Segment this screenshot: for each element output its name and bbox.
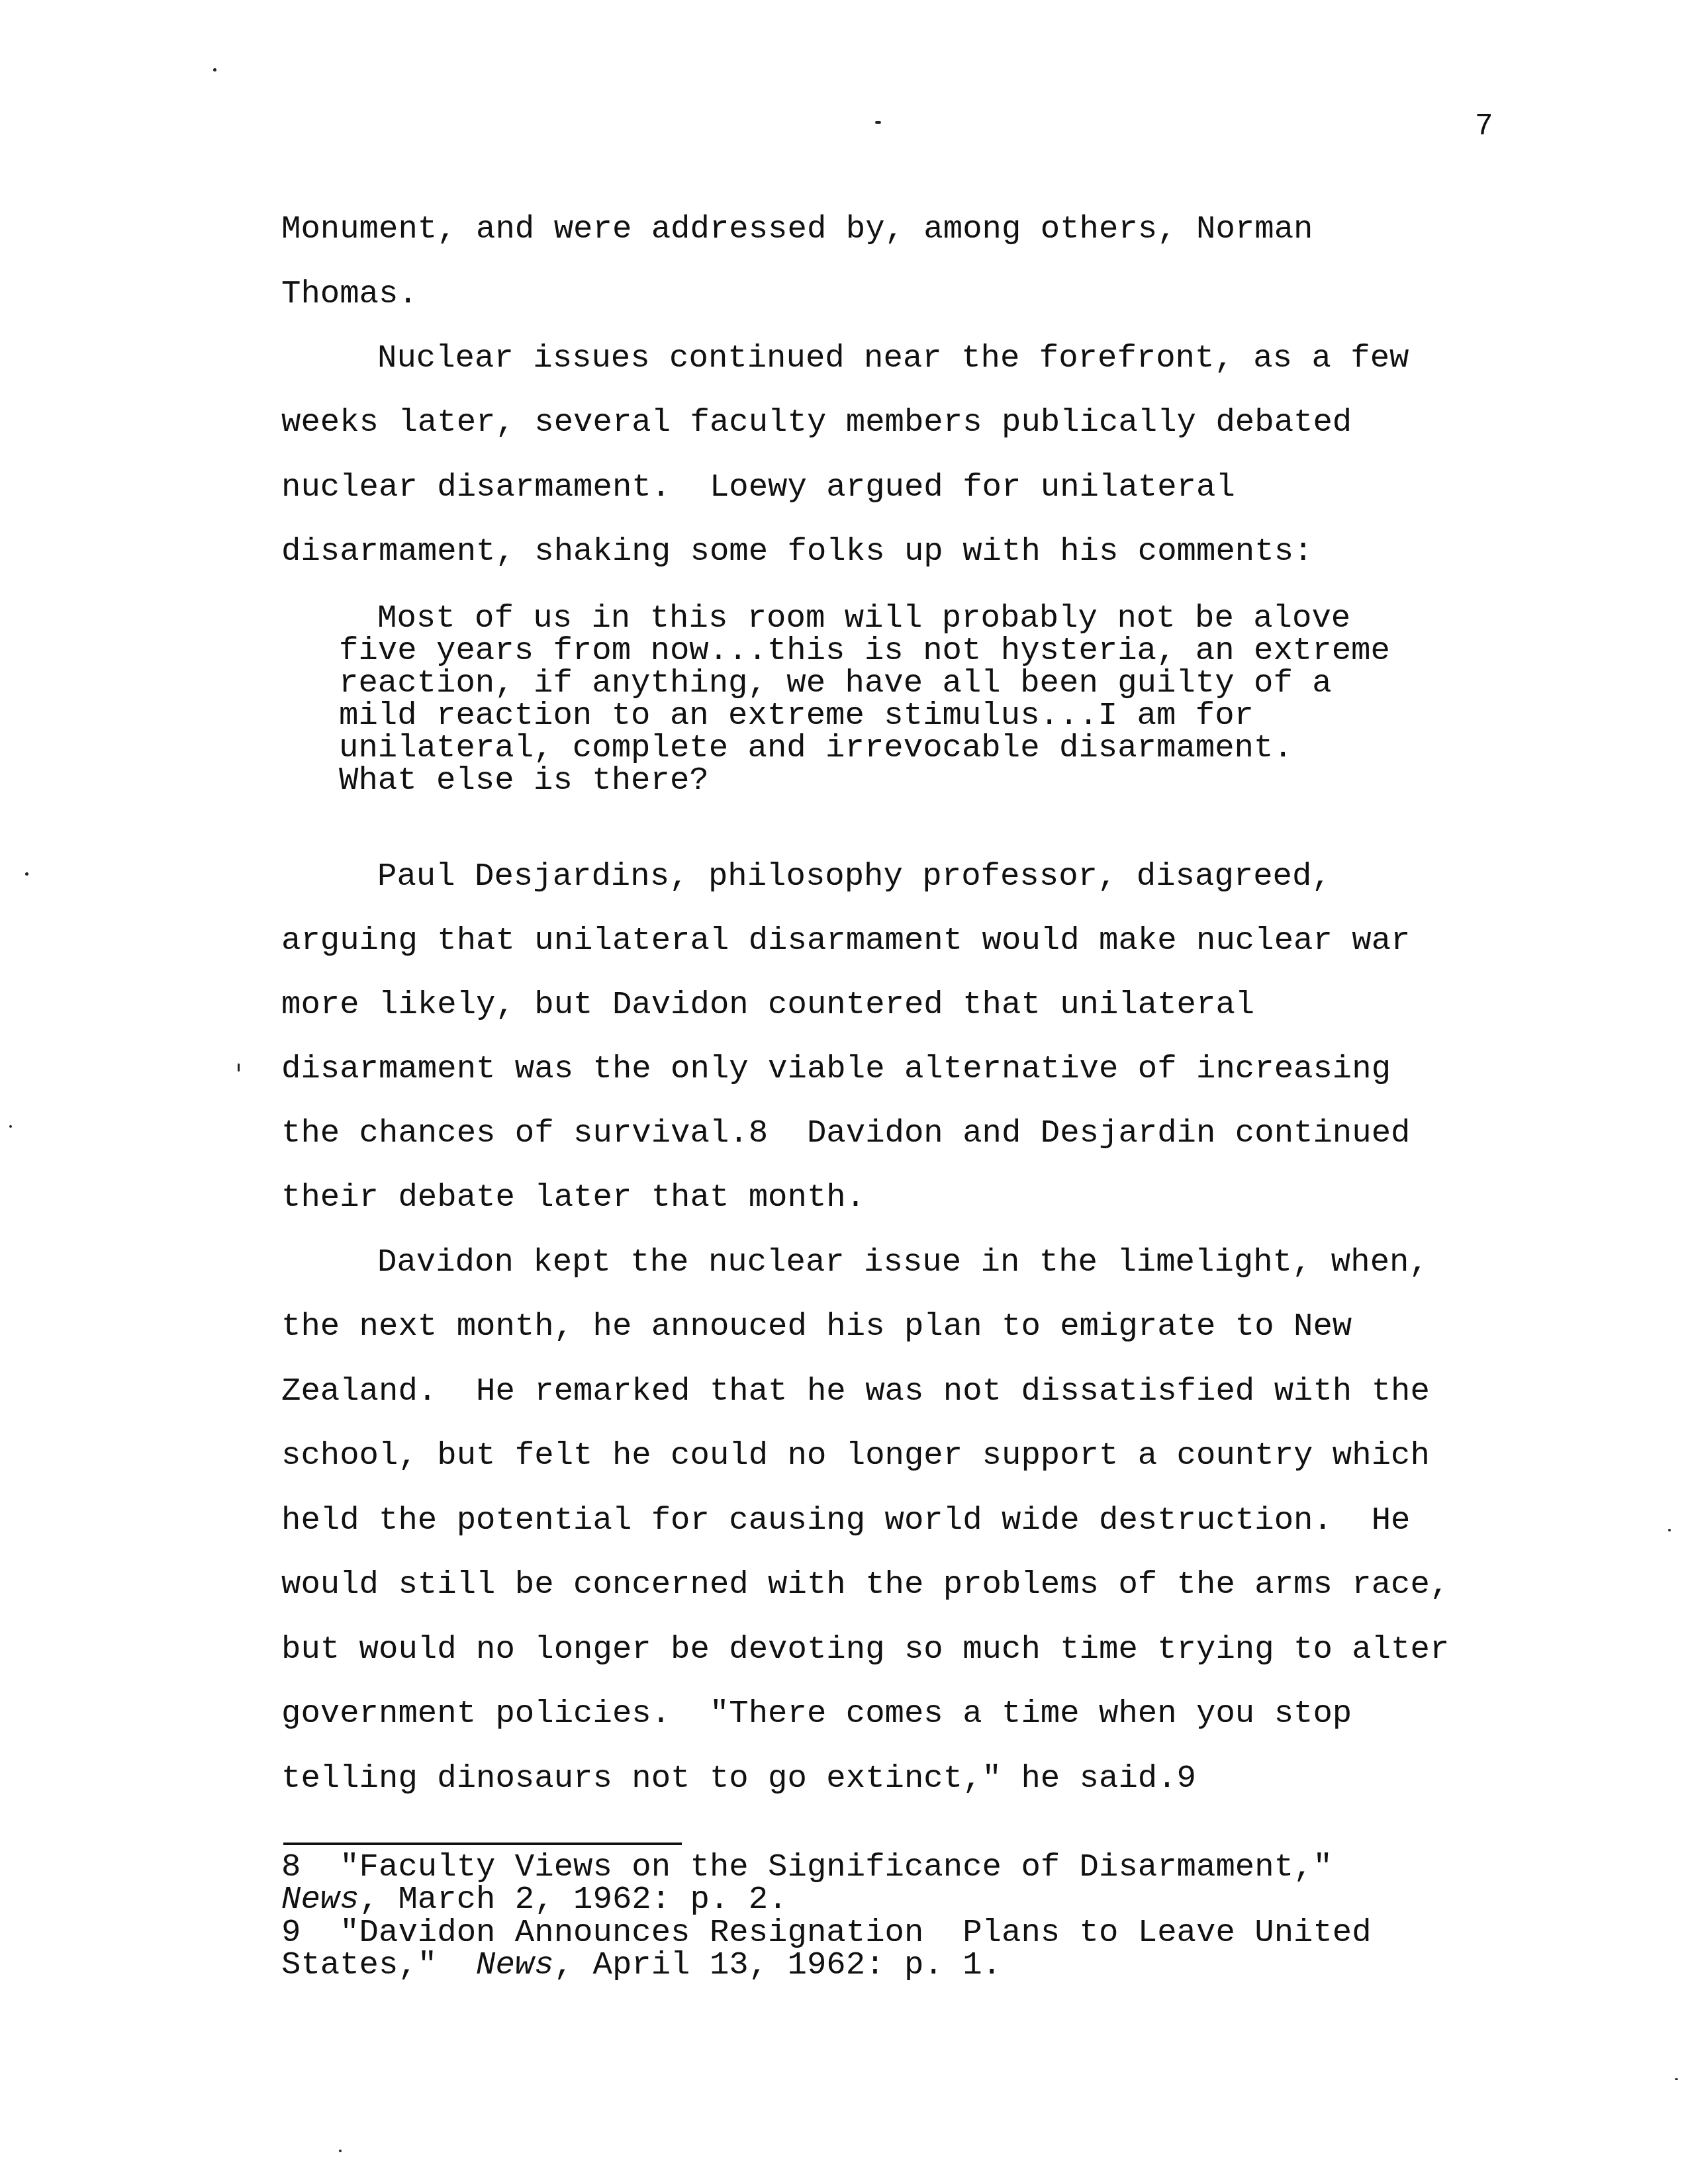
- footnote-citation: , April 13, 1962: p. 1.: [554, 1946, 1002, 1983]
- footnote-source: News: [476, 1946, 554, 1983]
- quote-line: What else is there?: [339, 764, 709, 797]
- body-line: government policies. "There comes a time…: [281, 1698, 1352, 1730]
- scan-speck: [9, 1125, 12, 1128]
- body-line: their debate later that month.: [281, 1181, 865, 1214]
- body-line: disarmament was the only viable alternat…: [281, 1053, 1391, 1085]
- body-line: telling dinosaurs not to go extinct," he…: [281, 1762, 1196, 1795]
- quote-line: unilateral, complete and irrevocable dis…: [339, 732, 1293, 764]
- page-number: 7: [1475, 111, 1493, 142]
- footnote-citation: , March 2, 1962: p. 2.: [359, 1881, 788, 1918]
- scan-speck: [1675, 2078, 1678, 2080]
- body-line: disarmament, shaking some folks up with …: [281, 535, 1313, 568]
- footnote-8-line1: 8 "Faculty Views on the Significance of …: [281, 1851, 1333, 1884]
- footnote-9-line1: 9 "Davidon Announces Resignation Plans t…: [281, 1917, 1372, 1949]
- quote-line: reaction, if anything, we have all been …: [339, 667, 1332, 700]
- footnote-8-line2: News, March 2, 1962: p. 2.: [281, 1884, 788, 1916]
- scan-speck: [25, 872, 28, 876]
- body-line: would still be concerned with the proble…: [281, 1569, 1449, 1601]
- body-line: held the potential for causing world wid…: [281, 1504, 1410, 1537]
- scan-speck: [213, 68, 216, 71]
- body-line: more likely, but Davidon countered that …: [281, 989, 1254, 1021]
- scan-speck: [1668, 1529, 1671, 1531]
- body-line: Zealand. He remarked that he was not dis…: [281, 1375, 1430, 1408]
- body-line: nuclear disarmament. Loewy argued for un…: [281, 471, 1235, 504]
- body-line: Monument, and were addressed by, among o…: [281, 213, 1313, 246]
- body-line: Paul Desjardins, philosophy professor, d…: [377, 860, 1331, 893]
- body-line: the chances of survival.8 Davidon and De…: [281, 1117, 1410, 1150]
- scan-speck: [339, 2150, 342, 2152]
- scan-speck: [875, 121, 881, 124]
- quote-line: mild reaction to an extreme stimulus...I…: [339, 700, 1254, 732]
- body-line: Nuclear issues continued near the forefr…: [377, 342, 1409, 375]
- body-line: school, but felt he could no longer supp…: [281, 1439, 1430, 1472]
- body-line: Davidon kept the nuclear issue in the li…: [377, 1246, 1429, 1279]
- body-line: but would no longer be devoting so much …: [281, 1633, 1449, 1666]
- footnote-divider: [283, 1843, 682, 1845]
- footnote-9-line2: States," News, April 13, 1962: p. 1.: [281, 1949, 1002, 1981]
- body-line: Thomas.: [281, 278, 418, 310]
- body-line: the next month, he annouced his plan to …: [281, 1310, 1352, 1343]
- body-line: weeks later, several faculty members pub…: [281, 406, 1352, 439]
- footnote-source: News: [281, 1881, 359, 1918]
- body-line: arguing that unilateral disarmament woul…: [281, 925, 1410, 957]
- quote-line: five years from now...this is not hyster…: [339, 635, 1390, 667]
- quote-line: Most of us in this room will probably no…: [377, 602, 1350, 635]
- footnote-title-end: States,": [281, 1946, 476, 1983]
- scan-speck: [238, 1064, 240, 1071]
